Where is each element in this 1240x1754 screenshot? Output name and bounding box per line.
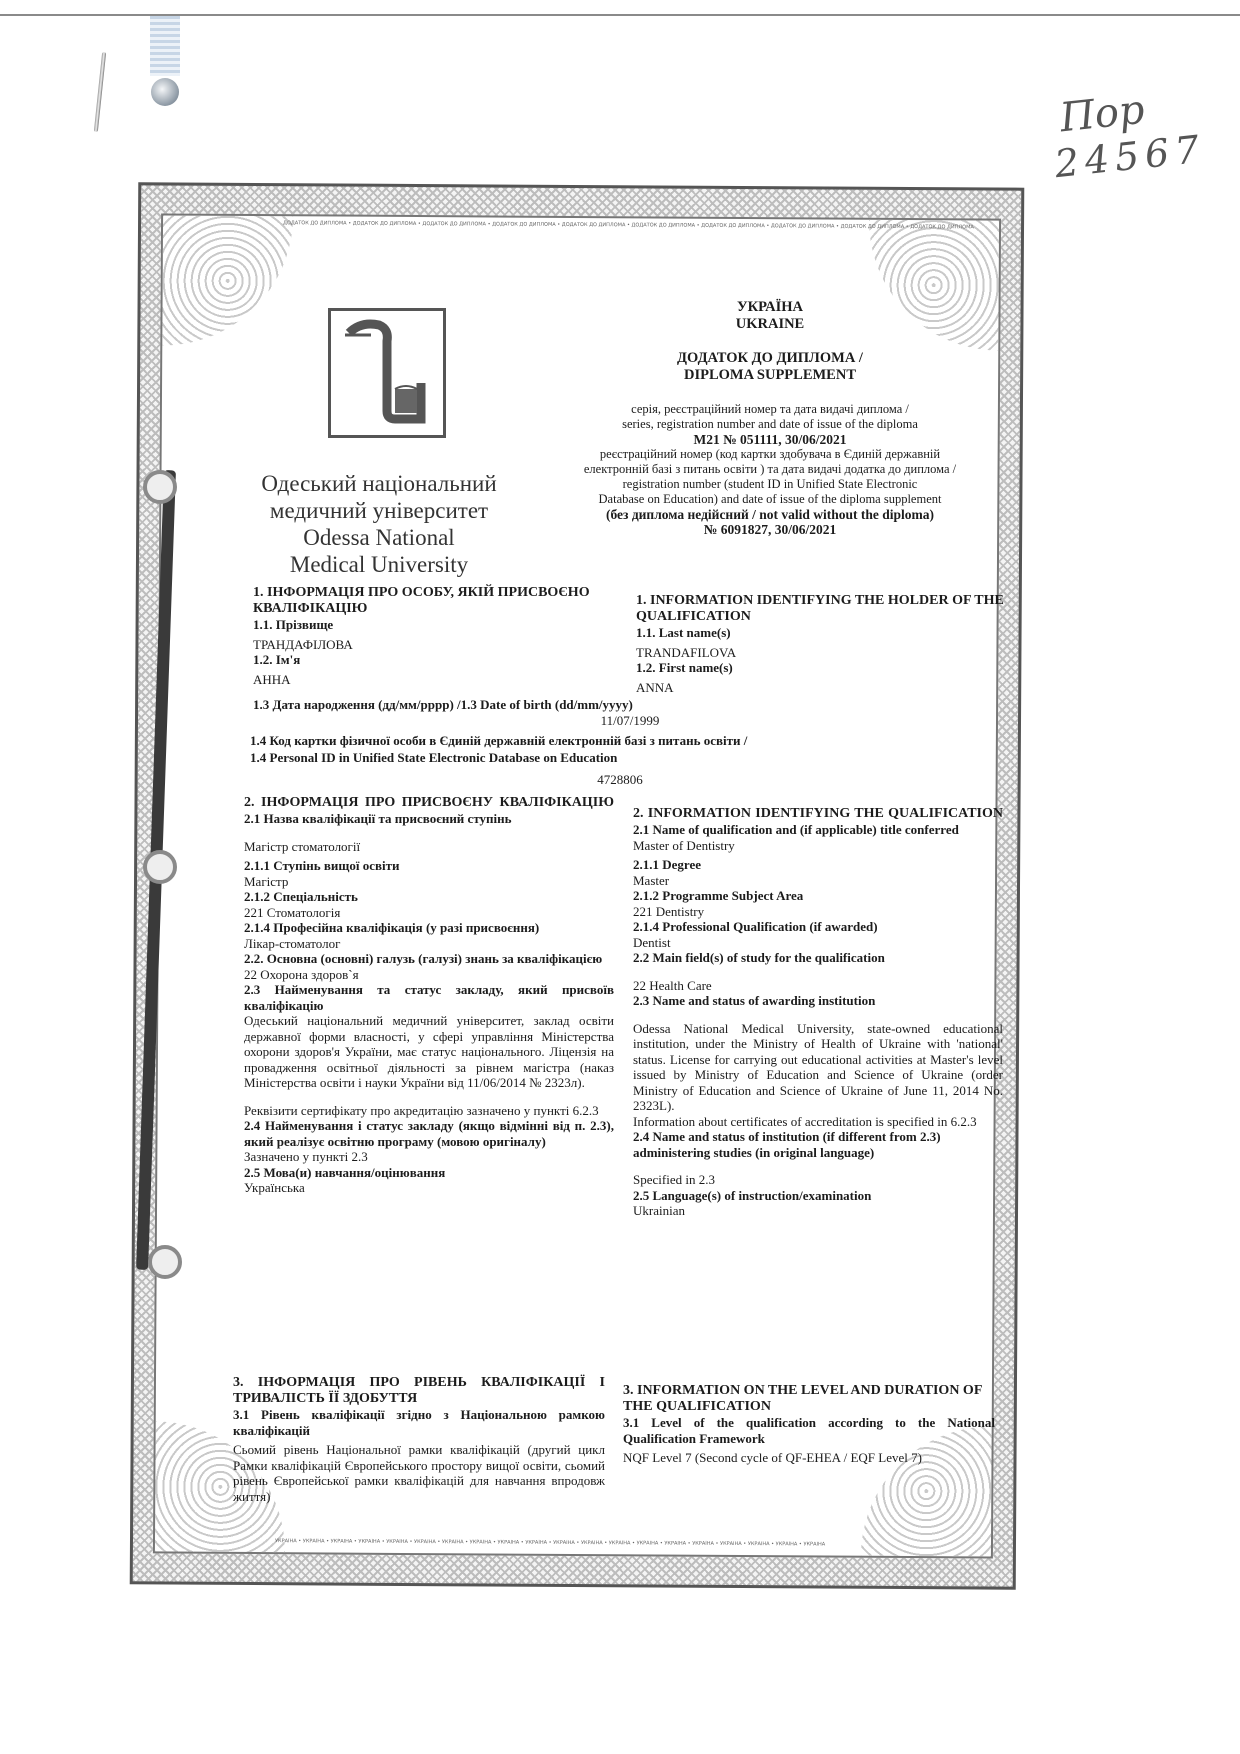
section-2-en: 2. INFORMATION IDENTIFYING THE QUALIFICA… xyxy=(633,806,1003,1219)
specialty-value-uk: 221 Стоматологія xyxy=(244,905,614,921)
administering-institution-value-en: Specified in 2.3 xyxy=(633,1172,1003,1188)
snake-book-emblem-icon xyxy=(331,311,443,435)
university-name-en-line-2: Medical University xyxy=(248,551,510,578)
degree-label-uk: 2.1.1 Ступінь вищої освіти xyxy=(244,858,614,874)
last-name-label-en: 1.1. Last name(s) xyxy=(636,625,1006,641)
professional-qualification-label-uk: 2.1.4 Професійна кваліфікація (у разі пр… xyxy=(244,920,614,936)
reg-label-uk-2: електронній базі з питань освіти ) та да… xyxy=(500,462,1040,477)
qualification-level-value-en: NQF Level 7 (Second cycle of QF-EHEA / E… xyxy=(623,1450,995,1466)
document-title: ДОДАТОК ДО ДИПЛОМА / DIPLOMA SUPPLEMENT xyxy=(520,350,1020,384)
country-en: UKRAINE xyxy=(520,316,1020,333)
university-name-uk-line-2: медичний університет xyxy=(248,497,510,524)
series-label-uk: серія, реєстраційний номер та дата видач… xyxy=(500,402,1040,417)
administering-institution-value-uk: Зазначено у пункті 2.3 xyxy=(244,1149,614,1165)
reg-label-uk-1: реєстраційний номер (код картки здобувач… xyxy=(500,447,1040,462)
administering-institution-label-uk: 2.4 Найменування і статус закладу (якщо … xyxy=(244,1118,614,1149)
qualification-value-uk: Магістр стоматології xyxy=(244,839,614,855)
professional-qualification-label-en: 2.1.4 Professional Qualification (if awa… xyxy=(633,919,1003,935)
field-of-study-value-uk: 22 Охорона здоров`я xyxy=(244,967,614,983)
field-of-study-label-uk: 2.2. Основна (основні) галузь (галузі) з… xyxy=(244,951,614,967)
section-3-heading-uk: 3. ІНФОРМАЦІЯ ПРО РІВЕНЬ КВАЛІФІКАЦІЇ І … xyxy=(233,1375,605,1407)
series-label-en: series, registration number and date of … xyxy=(500,417,1040,432)
institution-value-en: Odessa National Medical University, stat… xyxy=(633,1021,1003,1114)
qualification-level-label-en: 3.1 Level of the qualification according… xyxy=(623,1415,995,1446)
subject-area-label-en: 2.1.2 Programme Subject Area xyxy=(633,888,1003,904)
language-value-en: Ukrainian xyxy=(633,1203,1003,1219)
qualification-level-value-uk: Сьомий рівень Національної рамки кваліфі… xyxy=(233,1442,605,1504)
section-2-uk: 2. ІНФОРМАЦІЯ ПРО ПРИСВОЄНУ КВАЛІФІКАЦІЮ… xyxy=(244,795,614,1196)
reg-label-en-2: Database on Education) and date of issue… xyxy=(500,492,1040,507)
specialty-label-uk: 2.1.2 Спеціальність xyxy=(244,889,614,905)
section-3-en: 3. INFORMATION ON THE LEVEL AND DURATION… xyxy=(623,1383,995,1466)
section-1-heading-uk: 1. ІНФОРМАЦІЯ ПРО ОСОБУ, ЯКІЙ ПРИСВОЄНО … xyxy=(253,585,623,617)
university-logo xyxy=(328,308,446,438)
document-title-uk: ДОДАТОК ДО ДИПЛОМА / xyxy=(520,350,1020,367)
first-name-label-en: 1.2. First name(s) xyxy=(636,660,1006,676)
qualification-label-en: 2.1 Name of qualification and (if applic… xyxy=(633,822,1003,838)
personal-id-label-en: 1.4 Personal ID in Unified State Electro… xyxy=(250,750,617,766)
language-label-uk: 2.5 Мова(и) навчання/оцінювання xyxy=(244,1165,614,1181)
series-value: M21 № 051111, 30/06/2021 xyxy=(500,432,1040,447)
personal-id-value: 4728806 xyxy=(560,772,680,788)
first-name-en: ANNA xyxy=(636,680,1006,696)
first-name-label-uk: 1.2. Ім'я xyxy=(253,652,623,668)
university-name: Одеський національний медичний університ… xyxy=(248,470,510,578)
dob-label: 1.3 Дата народження (дд/мм/рррр) /1.3 Da… xyxy=(253,697,633,713)
degree-label-en: 2.1.1 Degree xyxy=(633,857,1003,873)
qualification-label-uk: 2.1 Назва кваліфікації та присвоєний сту… xyxy=(244,811,614,827)
accreditation-note-en: Information about certificates of accred… xyxy=(633,1114,1003,1130)
degree-value-uk: Магістр xyxy=(244,874,614,890)
last-name-label-uk: 1.1. Прізвище xyxy=(253,617,623,633)
reg-label-en-1: registration number (student ID in Unifi… xyxy=(500,477,1040,492)
accreditation-note-uk: Реквізити сертифікату про акредитацію за… xyxy=(244,1103,614,1119)
professional-qualification-value-uk: Лікар-стоматолог xyxy=(244,936,614,952)
university-name-en-line-1: Odessa National xyxy=(248,524,510,551)
section-1-uk: 1. ІНФОРМАЦІЯ ПРО ОСОБУ, ЯКІЙ ПРИСВОЄНО … xyxy=(253,585,623,687)
country-uk: УКРАЇНА xyxy=(520,299,1020,316)
subject-area-value-en: 221 Dentistry xyxy=(633,904,1003,920)
qualification-value-en: Master of Dentistry xyxy=(633,838,1003,854)
institution-label-uk: 2.3 Найменування та статус закладу, який… xyxy=(244,982,614,1013)
language-value-uk: Українська xyxy=(244,1180,614,1196)
university-name-uk-line-1: Одеський національний xyxy=(248,470,510,497)
registration-value: № 6091827, 30/06/2021 xyxy=(500,522,1040,537)
diploma-series-block: серія, реєстраційний номер та дата видач… xyxy=(500,402,1040,537)
section-2-heading-uk: 2. ІНФОРМАЦІЯ ПРО ПРИСВОЄНУ КВАЛІФІКАЦІЮ xyxy=(244,795,614,811)
last-name-en: TRANDAFILOVA xyxy=(636,645,1006,661)
validity-note: (без диплома недійсний / not valid witho… xyxy=(500,507,1040,522)
country-heading: УКРАЇНА UKRAINE xyxy=(520,299,1020,333)
degree-value-en: Master xyxy=(633,873,1003,889)
section-3-uk: 3. ІНФОРМАЦІЯ ПРО РІВЕНЬ КВАЛІФІКАЦІЇ І … xyxy=(233,1375,605,1504)
administering-institution-label-en: 2.4 Name and status of institution (if d… xyxy=(633,1129,1003,1160)
section-2-heading-en: 2. INFORMATION IDENTIFYING THE QUALIFICA… xyxy=(633,806,1003,822)
last-name-uk: ТРАНДАФІЛОВА xyxy=(253,637,623,653)
institution-value-uk: Одеський національний медичний університ… xyxy=(244,1013,614,1091)
section-1-heading-en: 1. INFORMATION IDENTIFYING THE HOLDER OF… xyxy=(636,593,1006,625)
field-of-study-value-en: 22 Health Care xyxy=(633,978,1003,994)
dob-value: 11/07/1999 xyxy=(560,713,700,729)
qualification-level-label-uk: 3.1 Рівень кваліфікації згідно з Націона… xyxy=(233,1407,605,1438)
field-of-study-label-en: 2.2 Main field(s) of study for the quali… xyxy=(633,950,1003,966)
institution-label-en: 2.3 Name and status of awarding institut… xyxy=(633,993,1003,1009)
document-title-en: DIPLOMA SUPPLEMENT xyxy=(520,367,1020,384)
section-1-en: 1. INFORMATION IDENTIFYING THE HOLDER OF… xyxy=(636,593,1006,695)
first-name-uk: АННА xyxy=(253,672,623,688)
personal-id-label-uk: 1.4 Код картки фізичної особи в Єдиній д… xyxy=(250,733,747,749)
professional-qualification-value-en: Dentist xyxy=(633,935,1003,951)
language-label-en: 2.5 Language(s) of instruction/examinati… xyxy=(633,1188,1003,1204)
section-3-heading-en: 3. INFORMATION ON THE LEVEL AND DURATION… xyxy=(623,1383,995,1415)
